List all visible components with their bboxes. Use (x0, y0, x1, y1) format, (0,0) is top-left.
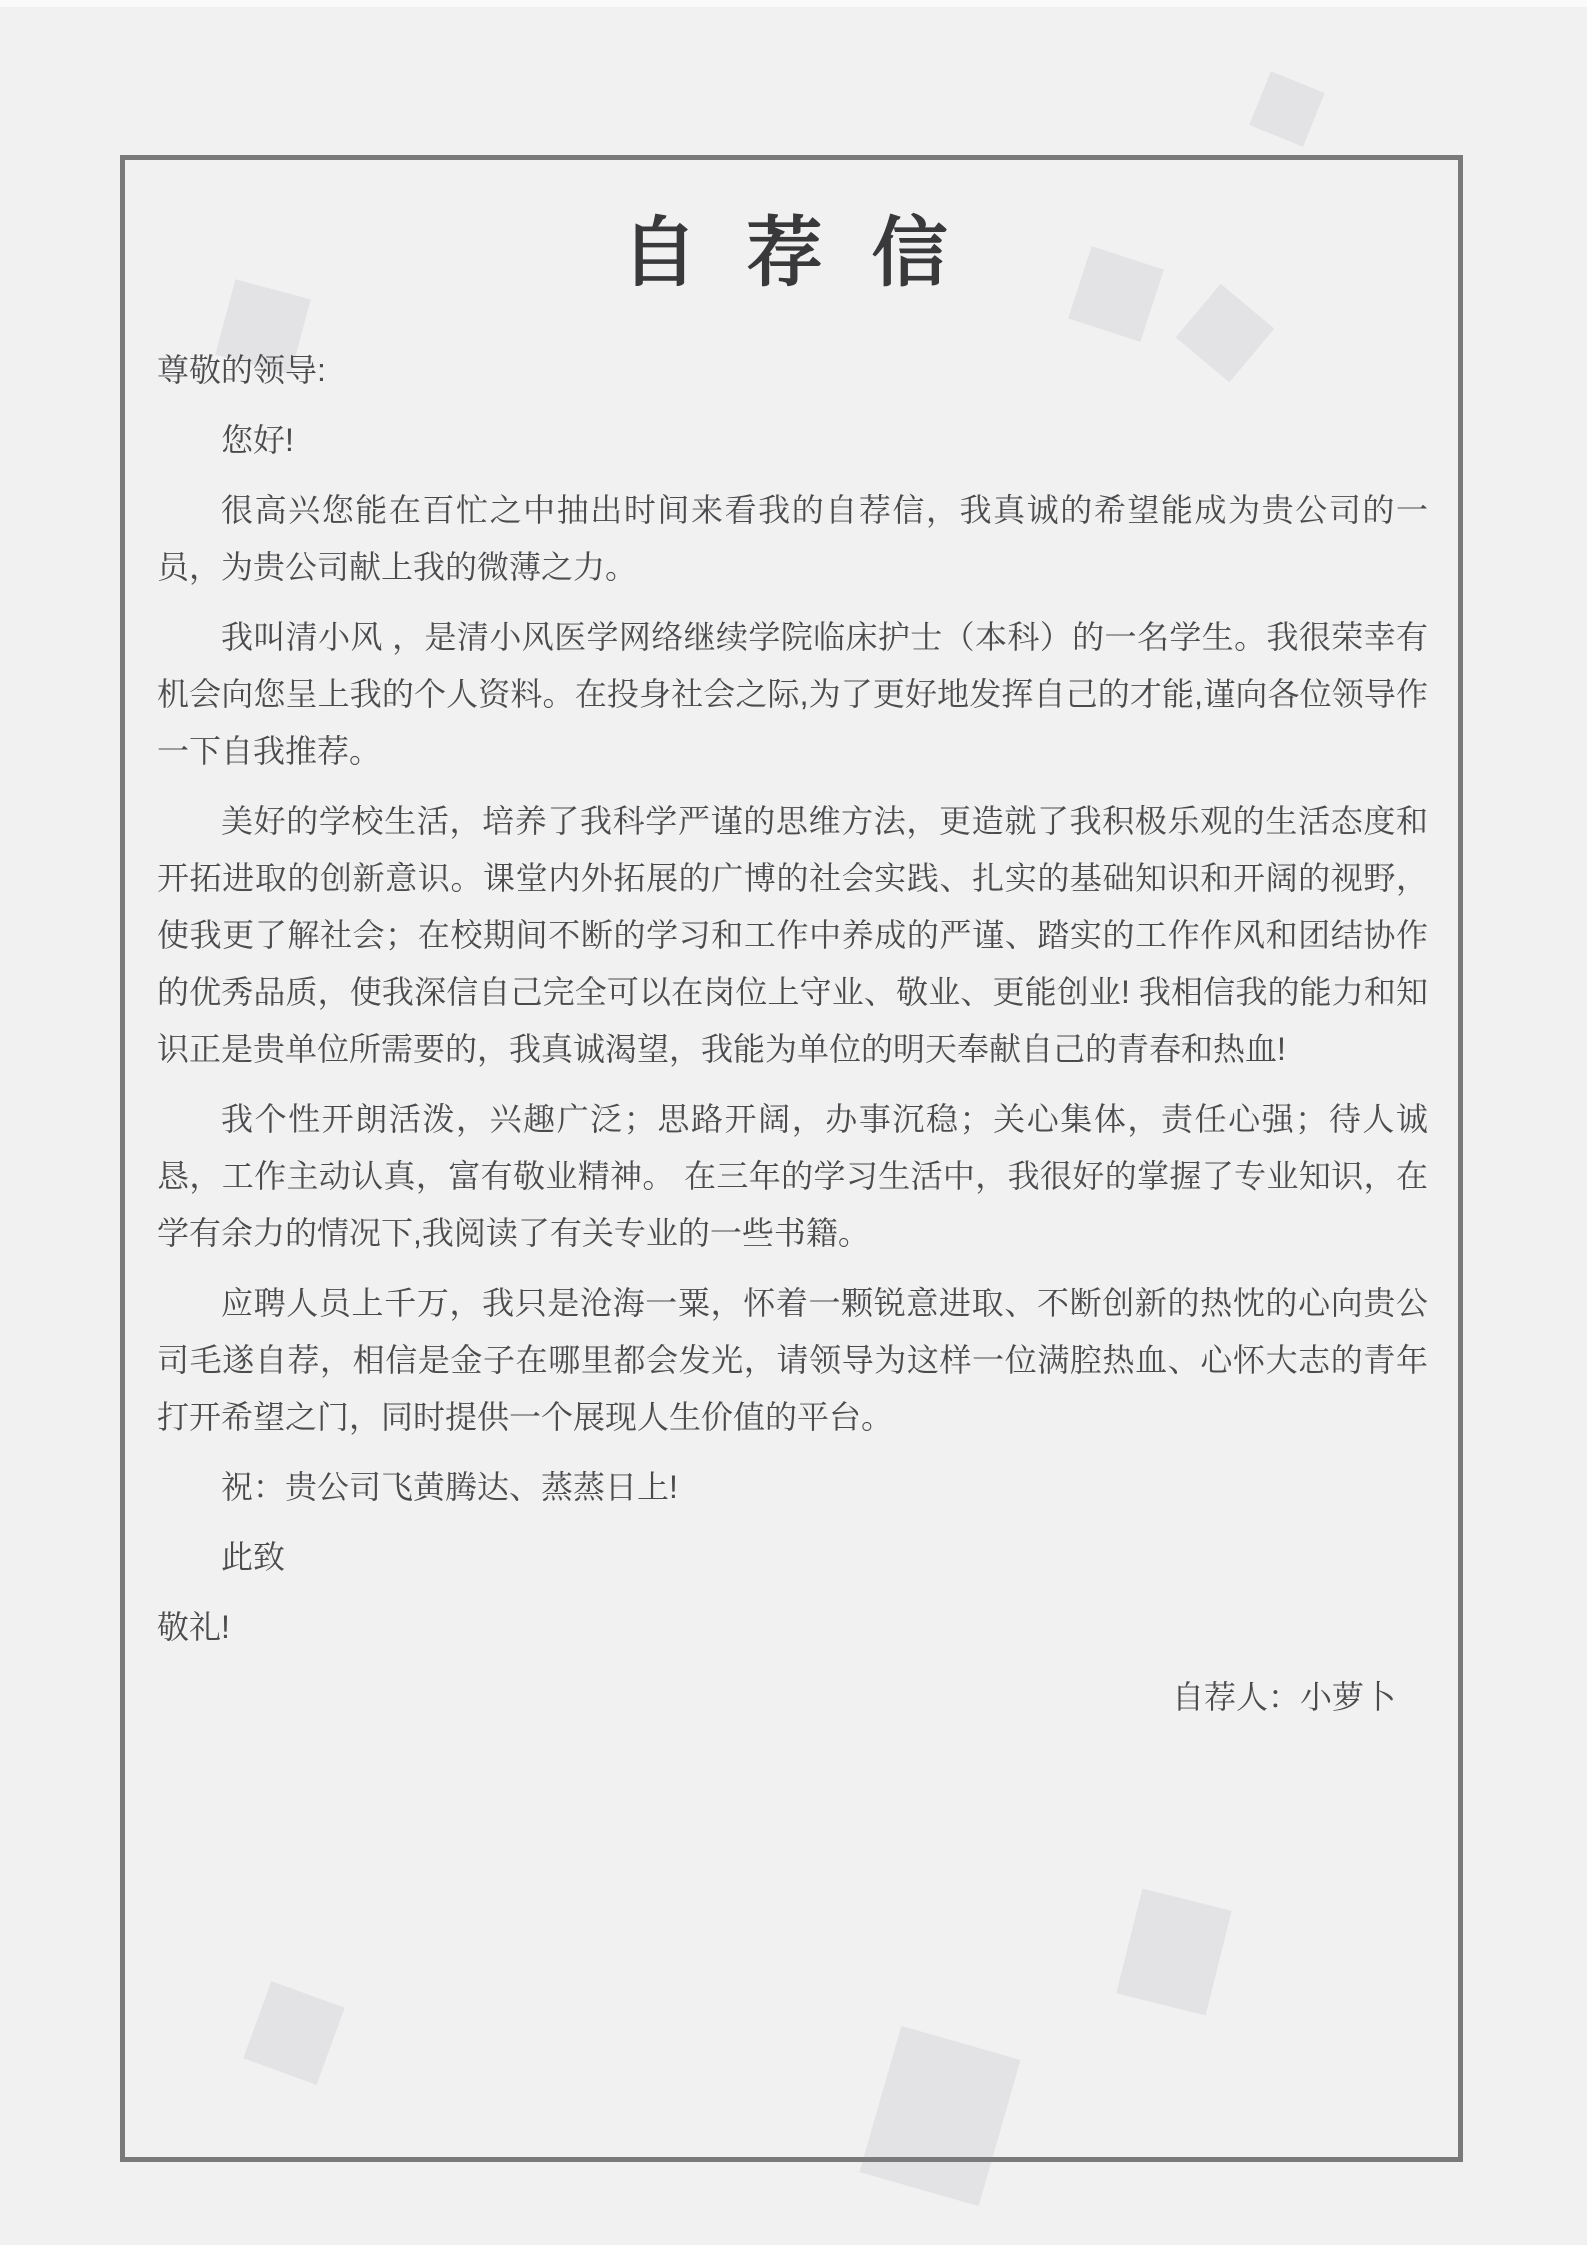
letter-body: 尊敬的领导: 您好! 很高兴您能在百忙之中抽出时间来看我的自荐信，我真诚的希望能… (125, 342, 1458, 1726)
signature-line: 自荐人：小萝卜 (157, 1669, 1428, 1726)
paragraph-self-introduction: 我叫清小风 ，是清小风医学网络继续学院临床护士（本科）的一名学生。我很荣幸有机会… (157, 609, 1428, 780)
paragraph-intro: 很高兴您能在百忙之中抽出时间来看我的自荐信，我真诚的希望能成为贵公司的一员，为贵… (157, 482, 1428, 596)
letter-page: 自 荐 信 尊敬的领导: 您好! 很高兴您能在百忙之中抽出时间来看我的自荐信，我… (0, 0, 1587, 2245)
window-top-edge (0, 0, 1587, 7)
paragraph-school-life: 美好的学校生活，培养了我科学严谨的思维方法，更造就了我积极乐观的生活态度和开拓进… (157, 793, 1428, 1078)
letter-border-frame: 自 荐 信 尊敬的领导: 您好! 很高兴您能在百忙之中抽出时间来看我的自荐信，我… (120, 155, 1463, 2162)
paragraph-greeting: 您好! (157, 412, 1428, 469)
decorative-diamond (1249, 71, 1325, 147)
paragraph-wishes: 祝：贵公司飞黄腾达、蒸蒸日上! (157, 1459, 1428, 1516)
salutation: 尊敬的领导: (157, 342, 1428, 399)
paragraph-personality: 我个性开朗活泼，兴趣广泛；思路开阔，办事沉稳；关心集体，责任心强；待人诚恳，工作… (157, 1091, 1428, 1262)
paragraph-cizhi: 此致 (157, 1529, 1428, 1586)
paragraph-appeal: 应聘人员上千万，我只是沧海一粟，怀着一颗锐意进取、不断创新的热忱的心向贵公司毛遂… (157, 1275, 1428, 1446)
letter-title: 自 荐 信 (125, 212, 1458, 296)
closing-salute: 敬礼! (157, 1599, 1428, 1656)
